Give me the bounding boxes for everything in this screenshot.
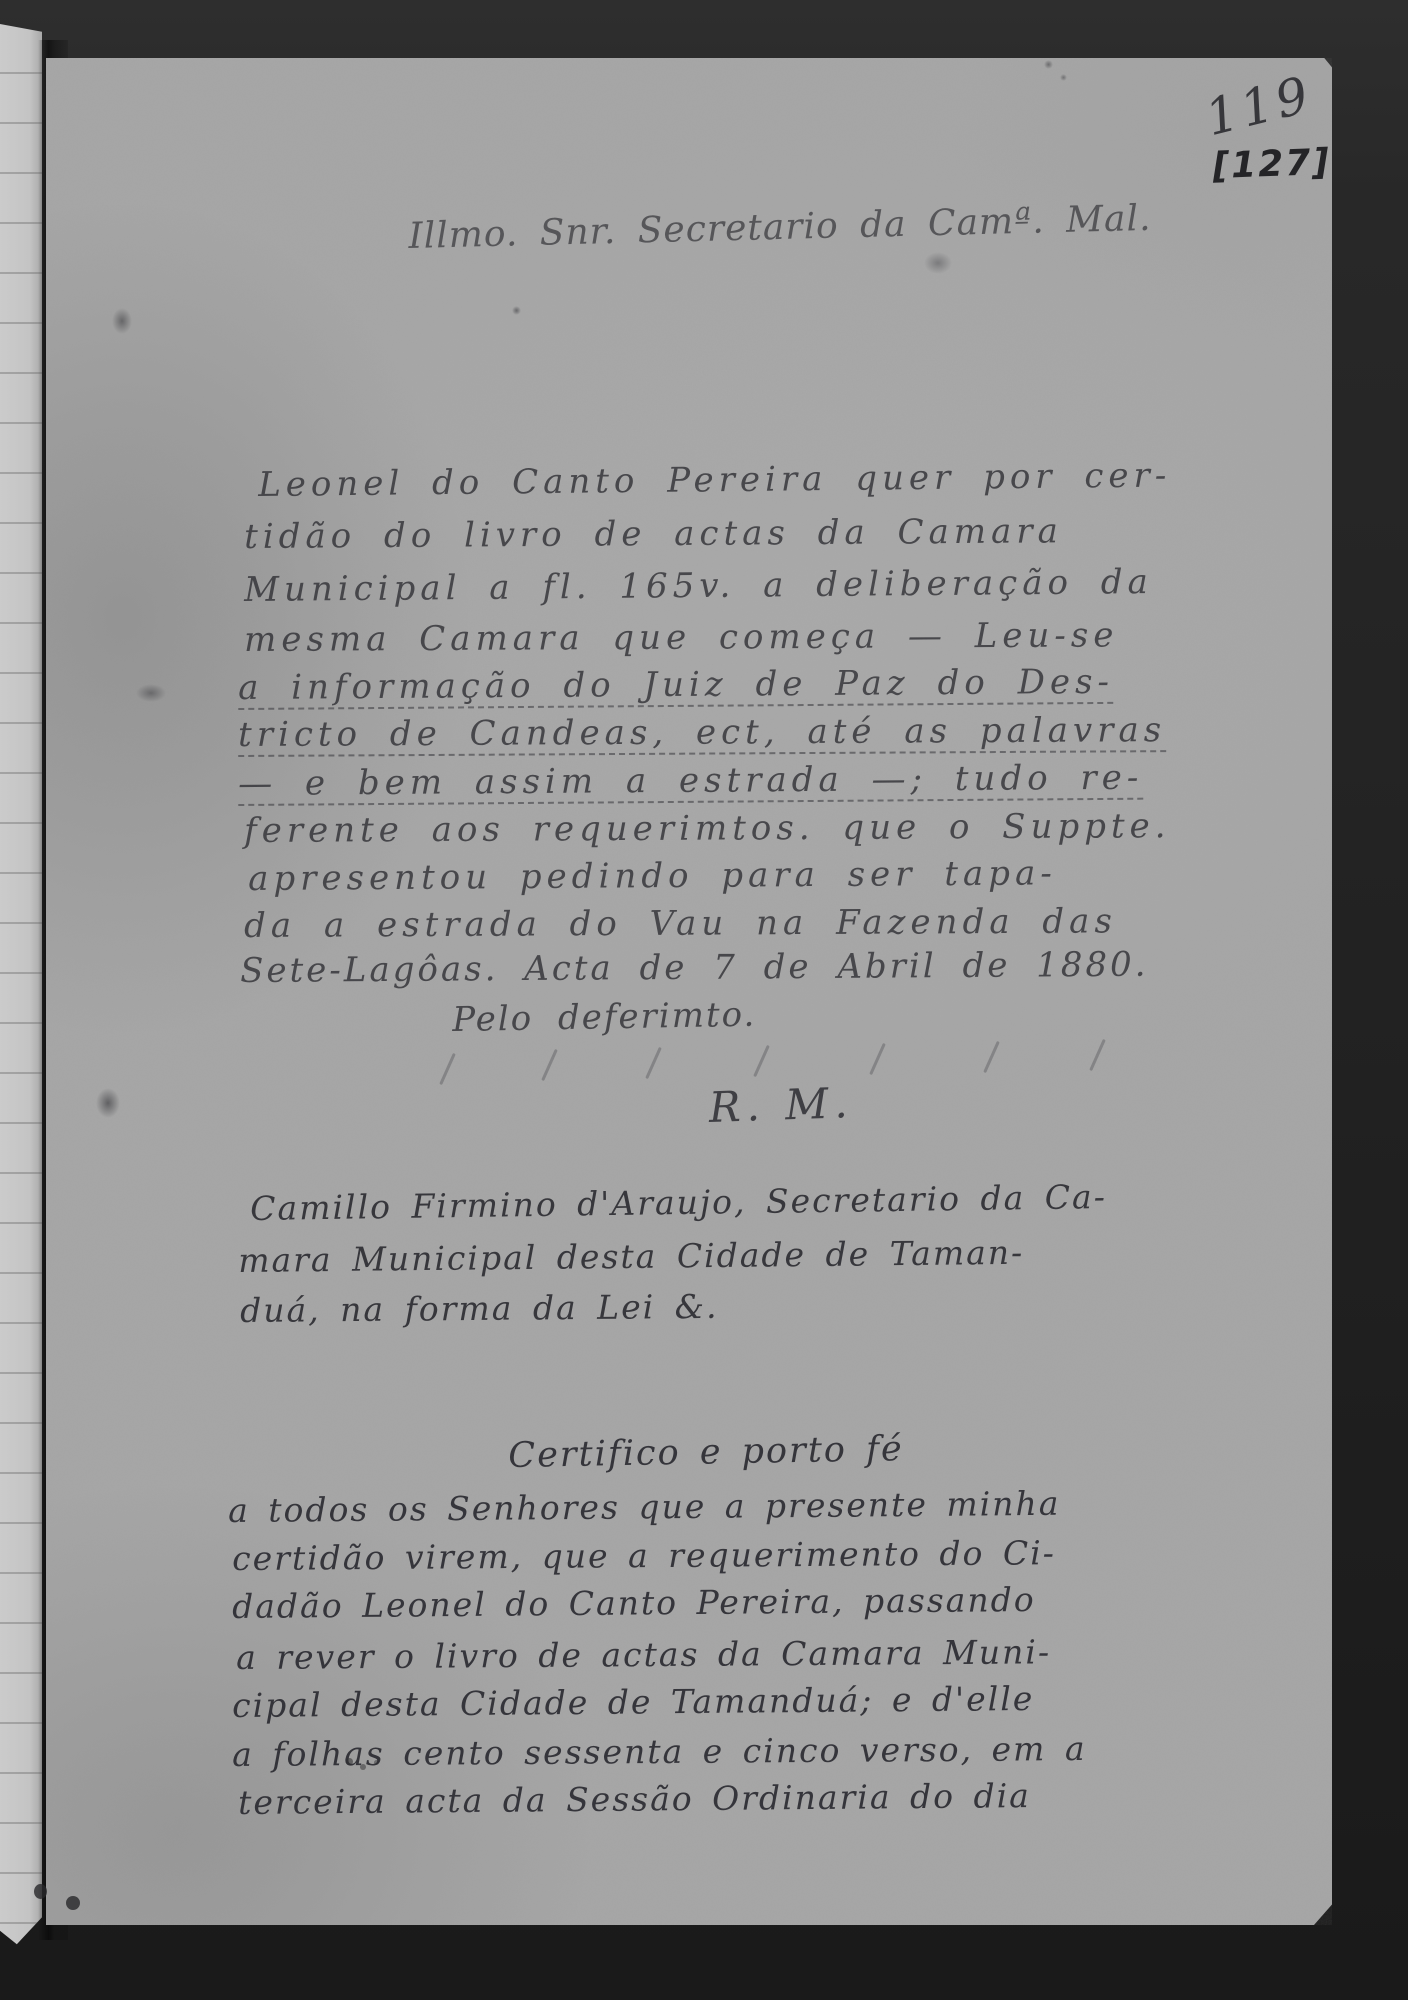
handwritten-line: tricto de Candeas, ect, até as palavras [238,711,1166,755]
handwritten-line: Sete-Lagôas. Acta de 7 de Abril de 1880. [240,946,1149,991]
handwritten-line: mesma Camara que começa — Leu-se [244,616,1119,660]
closing-line: Pelo deferimto. [452,996,757,1040]
handwritten-line: mara Municipal desta Cidade de Taman- [238,1234,1024,1280]
handwritten-line: ferente aos requerimtos. que o Suppte. [244,807,1171,851]
certification-opening: Certifico e porto fé [508,1429,904,1476]
handwritten-line: tidão do livro de actas da Camara [244,512,1063,557]
handwritten-line: terceira acta da Sessão Ordinaria do dia [238,1777,1031,1822]
handwritten-line: dadão Leonel do Canto Pereira, passando [232,1581,1036,1626]
handwritten-line: cipal desta Cidade de Tamanduá; e d'elle [232,1680,1034,1725]
handwritten-line: a todos os Senhores que a presente minha [228,1485,1061,1530]
handwritten-line: certidão virem, que a requerimento do Ci… [232,1534,1056,1578]
handwritten-line: a informação do Juiz de Paz do Des- [238,663,1114,708]
handwritten-line: apresentou pedindo para ser tapa- [248,854,1057,899]
scanned-book-photo: 119 [127] Illmo. Snr. Secretario da Camª… [0,0,1408,2000]
handwritten-line: Municipal a fl. 165v. a deliberação da [244,563,1153,610]
signature-initials: R. M. [708,1079,854,1132]
handwritten-line: a rever o livro de actas da Camara Muni- [236,1633,1051,1677]
bracket-page-number: [127] [1212,142,1331,187]
handwritten-line: — e bem assim a estrada —; tudo re- [238,759,1143,804]
adjacent-page-edge [0,24,42,1952]
handwritten-line: a folhas cento sessenta e cinco verso, e… [232,1730,1087,1774]
handwritten-line: duá, na forma da Lei &. [240,1288,719,1330]
handwritten-line: da a estrada do Vau na Fazenda das [244,902,1117,946]
